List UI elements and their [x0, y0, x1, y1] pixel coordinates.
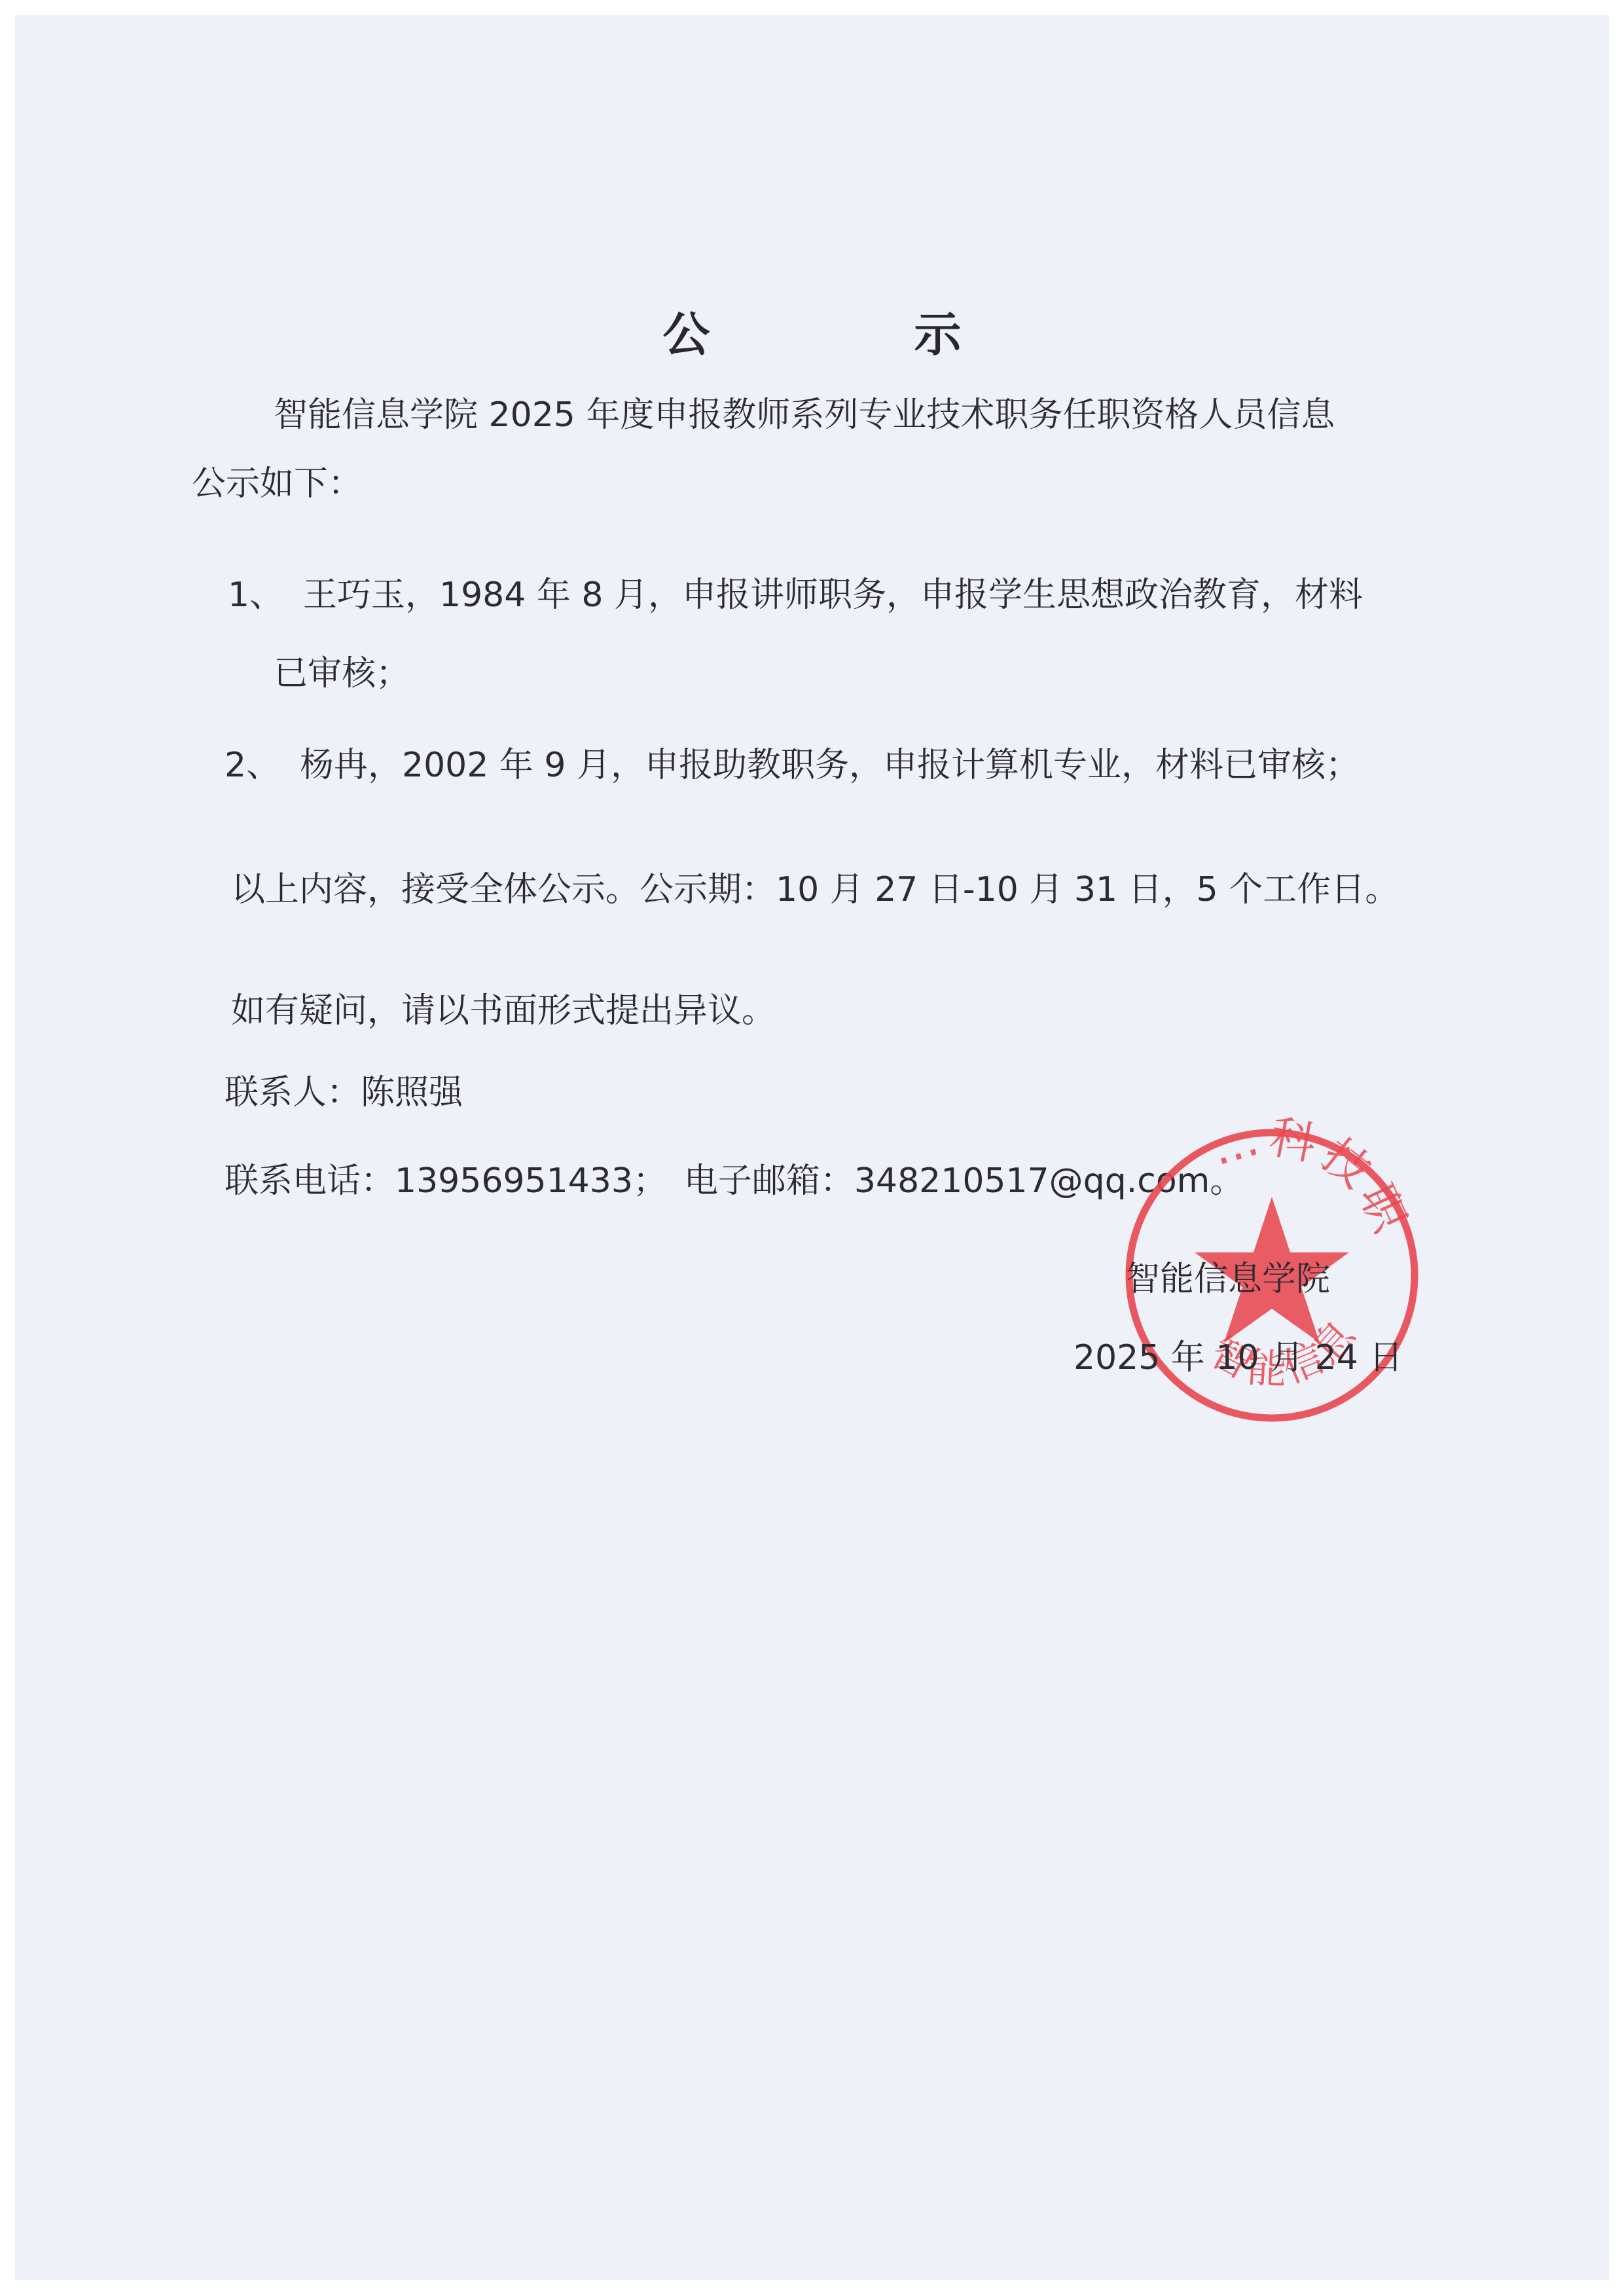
- document-title: 公 示: [15, 297, 1609, 365]
- intro-line-2: 公示如下：: [192, 467, 362, 501]
- title-text: 公 示: [662, 307, 1039, 362]
- notice-period-text: 以上内容，接受全体公示。公示期：10 月 27 日-10 月 31 日，5 个工…: [231, 873, 1399, 907]
- contact-person: 联系人：陈照强: [225, 1076, 463, 1110]
- objection-text: 如有疑问，请以书面形式提出异议。: [231, 994, 776, 1028]
- intro-line-1: 智能信息学院 2025 年度申报教师系列专业技术职务任职资格人员信息: [274, 398, 1335, 432]
- list-item: 王巧玉，1984 年 8 月，申报讲师职务，申报学生思想政治教育，材料: [303, 578, 1363, 612]
- list-item-number: 1、: [228, 578, 283, 612]
- document-page: 公 示 智能信息学院 2025 年度申报教师系列专业技术职务任职资格人员信息 公…: [15, 15, 1609, 2280]
- list-item: 杨冉，2002 年 9 月，申报助教职务，申报计算机专业，材料已审核；: [300, 748, 1360, 782]
- list-item-number: 2、: [225, 748, 280, 782]
- signature-date: 2025 年 10 月 24 日: [1074, 1341, 1403, 1375]
- seal-outer-text: …科技职业学院: [1096, 1082, 1419, 1245]
- contact-info: 联系电话：13956951433； 电子邮箱：348210517@qq.com。: [225, 1164, 1244, 1198]
- list-item-continuation: 已审核；: [274, 657, 410, 691]
- signature-org: 智能信息学院: [1126, 1262, 1330, 1296]
- svg-text:…科技职业学院: …科技职业学院: [1096, 1082, 1419, 1245]
